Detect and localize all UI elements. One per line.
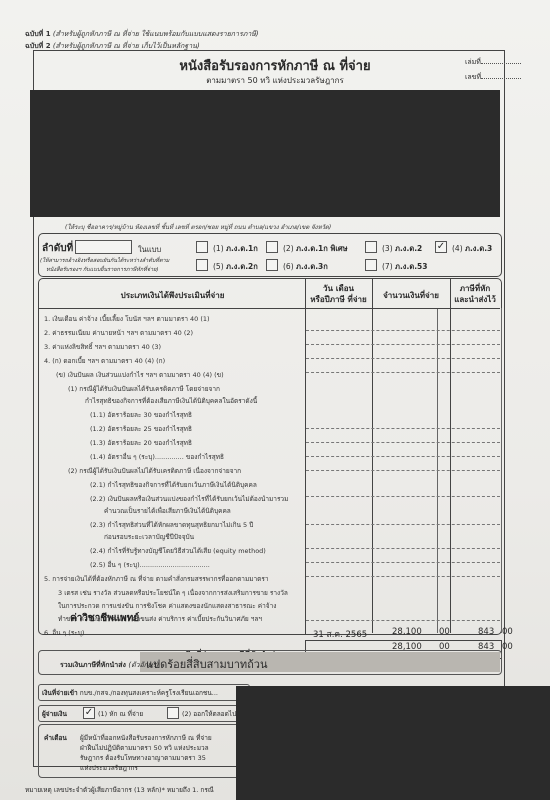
in-form-label: ในแบบ — [138, 244, 161, 256]
header-date: วัน เดือนหรือปีภาษี ที่จ่าย — [305, 283, 372, 305]
sequence-hint-2: หนังสือรับรองฯ กับแบบยื่นรายการภาษีหักที… — [46, 266, 159, 274]
income-type-item: ในการประกวด การแข่งขัน การชิงโชค ค่าแสดง… — [58, 601, 276, 611]
form-option-pnd1k: (1) ภ.ง.ด.1ก — [213, 243, 258, 255]
checkmark-icon: ✓ — [437, 241, 445, 252]
row-line — [306, 456, 500, 457]
income-type-item: (1) กรณีผู้ได้รับเงินปันผลได้รับเครดิตภา… — [68, 384, 220, 394]
payer-option-1: (1) หัก ณ ที่จ่าย — [98, 709, 143, 719]
book-number-field: เล่มที่ — [465, 57, 521, 68]
row6-date: 31 ส.ค. 2565 — [313, 627, 367, 641]
income-type-item: ก่อนรอบระยะเวลาบัญชีปีปัจจุบัน — [104, 532, 194, 542]
checkbox-pnd3[interactable]: ✓ — [435, 241, 447, 253]
income-type-item: 3. ค่าแห่งลิขสิทธิ์ ฯลฯ ตามมาตรา 40 (3) — [44, 342, 161, 352]
income-type-item: (2) กรณีผู้ได้รับเงินปันผลไม่ได้รับเครดิ… — [68, 466, 241, 476]
checkbox-pnd1k-special[interactable] — [266, 241, 278, 253]
income-type-item: 1. เงินเดือน ค่าจ้าง เบี้ยเลี้ยง โบนัส ฯ… — [44, 314, 210, 324]
other-specified-value: ค่าวิชาชีพแพทย์ — [70, 611, 139, 626]
row-line — [306, 470, 500, 471]
income-type-item: กำไรสุทธิของกิจการที่ต้องเสียภาษีเงินได้… — [85, 396, 257, 406]
checkmark-icon: ✓ — [85, 707, 93, 718]
row-line — [306, 330, 500, 331]
checkbox-pnd1k[interactable] — [196, 241, 208, 253]
income-type-item: (ข) เงินปันผล เงินส่วนแบ่งกำไร ฯลฯ ตามมา… — [56, 370, 224, 380]
row-line — [306, 372, 500, 373]
warning-label: คำเตือน — [44, 733, 67, 743]
row-line — [306, 496, 500, 497]
income-type-item: (1.2) อัตราร้อยละ 25 ของกำไรสุทธิ — [90, 424, 192, 434]
row6-amount: 28,100 — [392, 627, 422, 637]
row-line — [306, 548, 500, 549]
total-words-value: แปดร้อยสี่สิบสามบาทถ้วน — [146, 655, 268, 673]
total-tax-dec: 00 — [502, 642, 513, 652]
total-words-label: รวมเงินภาษีที่หักนำส่ง (ตัวอักษร) — [60, 660, 159, 671]
income-type-item: (2.3) กำไรสุทธิส่วนที่ได้หักผลขาดทุนสุทธ… — [90, 520, 253, 530]
income-type-item: (2.5) อื่น ๆ (ระบุ).....................… — [90, 560, 210, 570]
payer-option-2: (2) ออกให้ตลอดไป — [182, 709, 236, 719]
form-option-pnd53: (7) ภ.ง.ด.53 — [382, 261, 427, 273]
sequence-label: ลำดับที่ — [42, 241, 73, 256]
row6-tax: 843 — [478, 627, 494, 637]
row6-amount-dec: 00 — [439, 627, 450, 637]
form-option-pnd3k: (6) ภ.ง.ด.3ก — [283, 261, 328, 273]
income-type-item: (2.2) เงินปันผลหรือเงินส่วนแบ่งของกำไรที… — [90, 494, 288, 504]
address-hint: (ให้ระบุ ชื่ออาคาร/หมู่บ้าน ห้องเลขที่ ช… — [65, 222, 331, 232]
checkbox-pnd3k[interactable] — [266, 259, 278, 271]
row6-tax-dec: 00 — [502, 627, 513, 637]
checkbox-pnd2k[interactable] — [196, 259, 208, 271]
row-line — [306, 442, 500, 443]
row-line — [306, 428, 500, 429]
payer-label: ผู้จ่ายเงิน — [42, 709, 67, 719]
income-type-item: 3 เตรส เช่น รางวัล ส่วนลดหรือประโยชน์ใด … — [58, 588, 288, 598]
checkbox-pnd2[interactable] — [365, 241, 377, 253]
copy-1-line: ฉบับที่ 1 (สำหรับผู้ถูกหักภาษี ณ ที่จ่าย… — [25, 29, 259, 40]
header-tax: ภาษีที่หักและนำส่งไว้ — [450, 283, 500, 305]
warning-line: ผู้มีหน้าที่ออกหนังสือรับรองการหักภาษี ณ… — [80, 733, 212, 743]
income-type-item: 2. ค่าธรรมเนียม ค่านายหน้า ฯลฯ ตามมาตรา … — [44, 328, 193, 338]
warning-line: ฝ่าฝืนไม่ปฏิบัติตามมาตรา 50 ทวิ แห่งประม… — [80, 743, 209, 753]
form-option-pnd2k: (5) ภ.ง.ด.2ก — [213, 261, 258, 273]
form-option-pnd1k-special: (2) ภ.ง.ด.1ก พิเศษ — [283, 243, 348, 255]
income-type-item: (1.4) อัตราอื่น ๆ (ระบุ).............. ข… — [90, 452, 224, 462]
checkbox-pay-always[interactable] — [167, 707, 179, 719]
income-type-item: 4. (ก) ดอกเบี้ย ฯลฯ ตามมาตรา 40 (4) (ก) — [44, 356, 165, 366]
form-option-pnd3: (4) ภ.ง.ด.3 — [452, 243, 492, 255]
footnote: หมายเหตุ เลขประจำตัวผู้เสียภาษีอากร (13 … — [25, 785, 214, 795]
col-divider — [501, 308, 502, 633]
form-option-pnd2: (3) ภ.ง.ด.2 — [382, 243, 422, 255]
income-type-item: 5. การจ่ายเงินได้ที่ต้องหักภาษี ณ ที่จ่า… — [44, 574, 269, 584]
header-amount: จำนวนเงินที่จ่าย — [372, 290, 450, 301]
header-divider — [38, 308, 500, 309]
row-line — [306, 344, 500, 345]
sequence-hint-1: (ให้สามารถอ้างอิงหรือสอบยันกันได้ระหว่าง… — [40, 257, 169, 265]
warning-line: แห่งประมวลรัษฎากร — [80, 763, 138, 773]
income-type-item: (2.1) กำไรสุทธิของกิจการที่ได้รับยกเว้นภ… — [90, 480, 257, 490]
income-type-item: คำนวณเป็นรายได้เพื่อเสียภาษีเงินได้นิติบ… — [104, 506, 231, 516]
income-type-item: 6. อื่น ๆ (ระบุ) — [44, 628, 84, 638]
sequence-number-input[interactable] — [75, 240, 132, 254]
fund-line: เงินที่จ่ายเข้า กบข./กสจ./กองทุนสงเคราะห… — [42, 688, 218, 698]
redacted-signature-area — [236, 686, 550, 800]
income-type-item: (1.3) อัตราร้อยละ 20 ของกำไรสุทธิ — [90, 438, 192, 448]
warning-line: รัษฎากร ต้องรับโทษทางอาญาตามมาตรา 35 — [80, 753, 206, 763]
income-type-item: (2.4) กำไรที่รับรู้ทางบัญชีโดยวิธีส่วนได… — [90, 546, 266, 556]
checkbox-pnd53[interactable] — [365, 259, 377, 271]
checkbox-withhold[interactable]: ✓ — [83, 707, 95, 719]
income-type-item: (1.1) อัตราร้อยละ 30 ของกำไรสุทธิ — [90, 410, 192, 420]
row-line — [306, 524, 500, 525]
header-income-type: ประเภทเงินได้พึงประเมินที่จ่าย — [40, 290, 305, 301]
row-line — [306, 576, 500, 577]
redacted-payer-payee-info — [30, 90, 500, 217]
row-line — [306, 620, 500, 621]
row-line — [306, 358, 500, 359]
doc-number-field: เลขที่ — [465, 72, 521, 83]
row-line — [306, 562, 500, 563]
